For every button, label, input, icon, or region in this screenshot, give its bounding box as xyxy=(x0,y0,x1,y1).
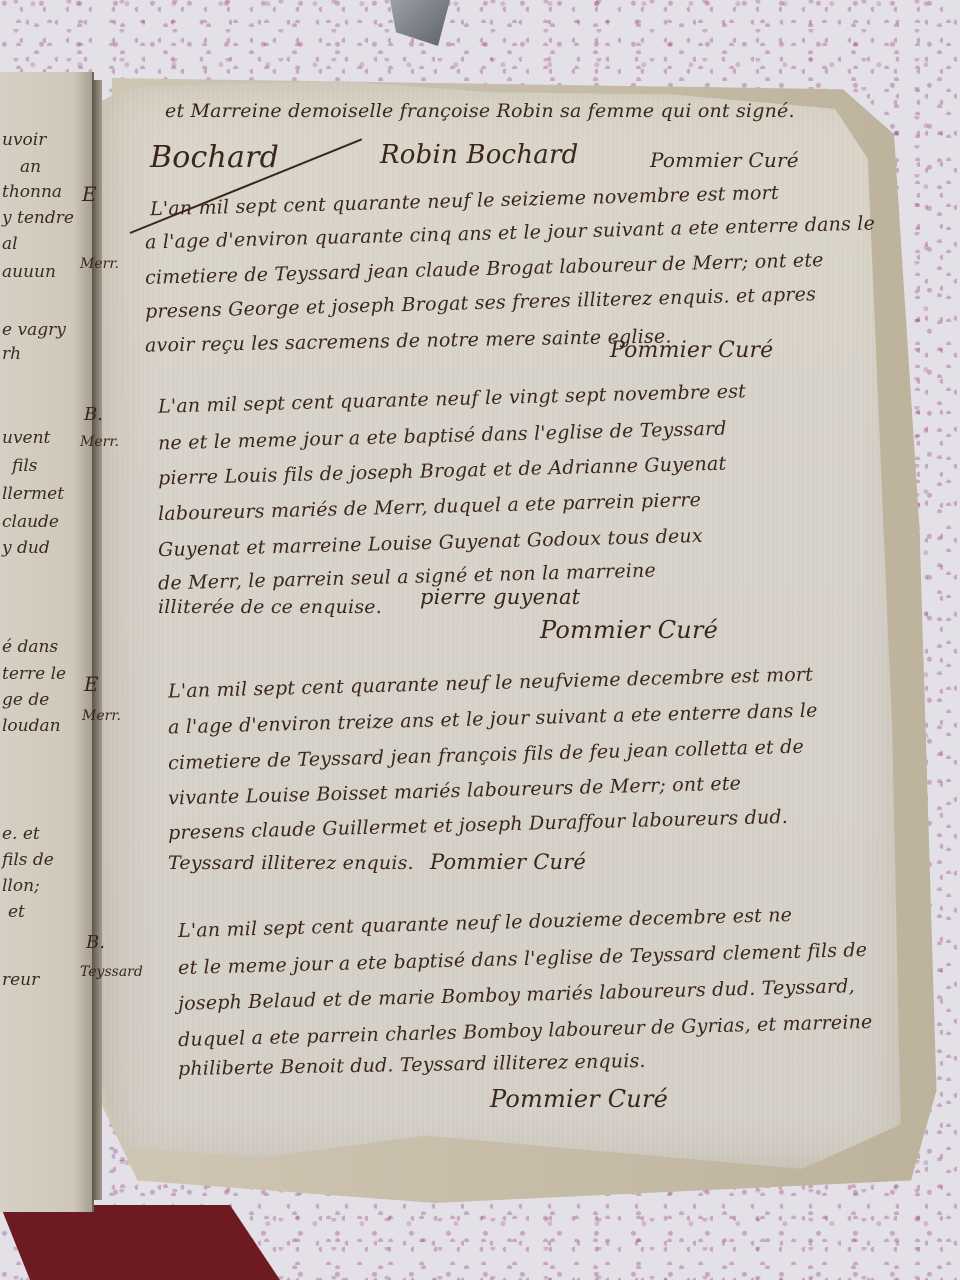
left-page-fragment: e vagry xyxy=(2,320,66,340)
left-page-fragment: ge de xyxy=(2,690,49,710)
left-page-fragment: fils xyxy=(12,456,38,476)
signature: Pommier Curé xyxy=(490,1085,668,1113)
left-page-fragment: reur xyxy=(2,970,39,990)
left-page-fragment: y tendre xyxy=(2,208,74,228)
margin-place: Merr. xyxy=(80,434,119,450)
margin-mark: E xyxy=(82,182,97,206)
left-page-fragment: y dud xyxy=(2,538,50,558)
left-page-fragment: llermet xyxy=(2,484,64,504)
left-page-fragment: é dans xyxy=(2,637,58,657)
left-page-fragment: terre le xyxy=(2,664,66,684)
left-page-fragment: auuun xyxy=(2,262,56,282)
left-page-fragment: uvoir xyxy=(2,130,46,150)
margin-mark: B. xyxy=(86,932,105,953)
margin-place: Merr. xyxy=(82,708,121,724)
signature: Pommier Curé xyxy=(430,850,586,874)
signature: Bochard xyxy=(150,140,279,175)
signature: Pommier Curé xyxy=(650,148,799,172)
left-page-fragment: claude xyxy=(2,512,59,532)
book-spine xyxy=(92,80,102,1200)
margin-place: Teyssard xyxy=(80,964,143,980)
entry-line: et Marreine demoiselle françoise Robin s… xyxy=(165,100,795,122)
entry-line: Teyssard illiterez enquis. xyxy=(168,852,414,874)
left-page-fragment: uvent xyxy=(2,428,50,448)
left-page-fragment: loudan xyxy=(2,716,61,736)
left-page-fragment: an xyxy=(20,157,41,177)
margin-place: Merr. xyxy=(80,256,119,272)
left-page-fragment: al xyxy=(2,234,18,254)
left-page-fragment: e. et xyxy=(2,824,40,844)
left-facing-page: uvoir an thonna y tendre al auuun e vagr… xyxy=(0,72,94,1212)
left-page-fragment: thonna xyxy=(2,182,62,202)
entry-line: illiterée de ce enquise. xyxy=(158,596,382,618)
left-page-fragment: fils de xyxy=(2,850,54,870)
left-page-fragment: llon; xyxy=(2,876,40,896)
left-page-fragment: rh xyxy=(2,344,21,364)
margin-mark: E xyxy=(84,672,99,696)
signature: pierre guyenat xyxy=(420,585,580,609)
signature: Pommier Curé xyxy=(540,616,718,644)
left-page-fragment: et xyxy=(8,902,25,922)
margin-mark: B. xyxy=(84,404,103,425)
signature: Pommier Curé xyxy=(610,338,773,363)
signature: Robin Bochard xyxy=(380,140,578,170)
